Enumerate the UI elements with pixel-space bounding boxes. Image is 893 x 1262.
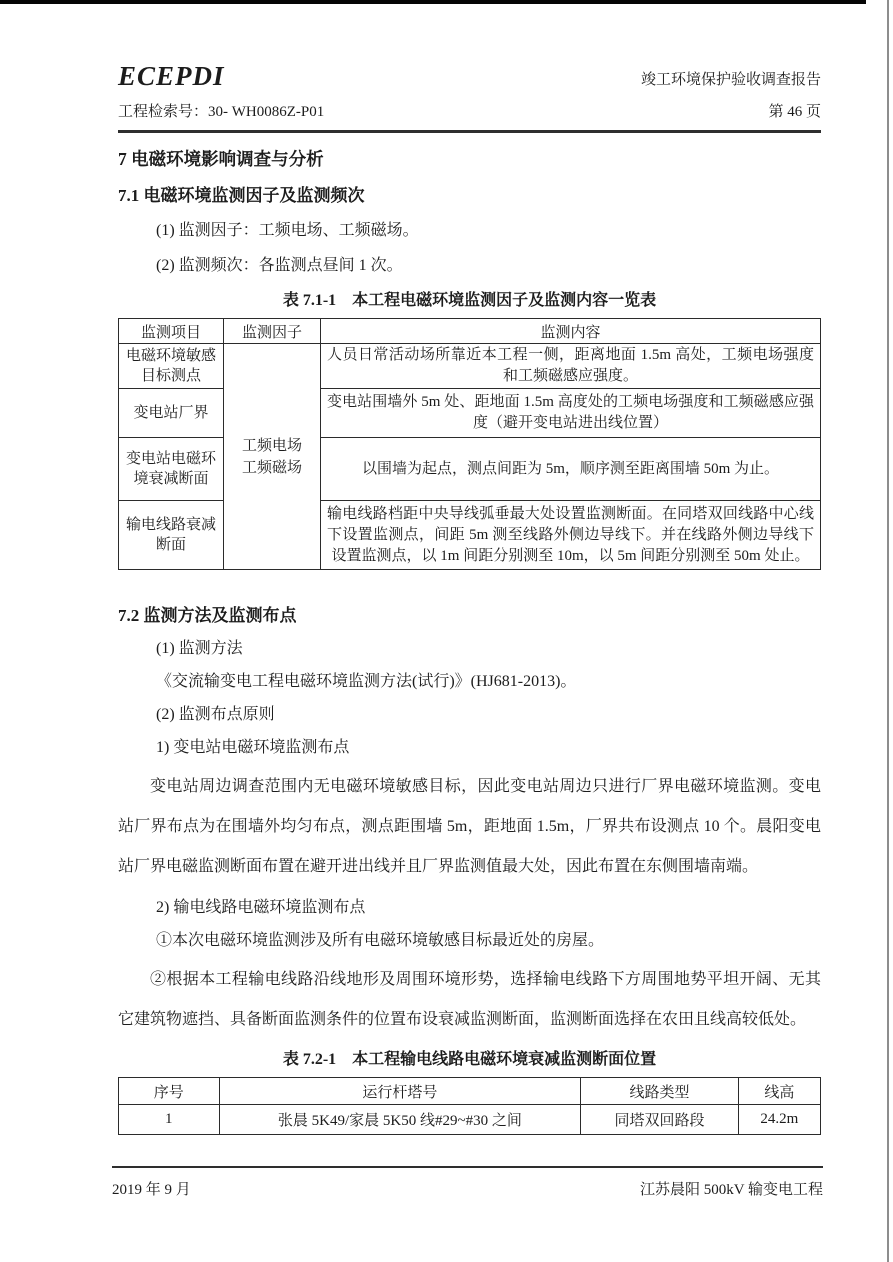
scan-edge-right bbox=[887, 0, 889, 1262]
page-footer: 2019 年 9 月 江苏晨阳 500kV 输变电工程 bbox=[112, 1166, 823, 1200]
paragraph-line-layout: ②根据本工程输电线路沿线地形及周围环境形势，选择输电线路下方周围地势平坦开阔、无… bbox=[118, 960, 821, 1040]
sub-item-line: 2) 输电线路电磁环境监测布点 bbox=[118, 896, 821, 920]
page-header: ECEPDI 竣工环境保护验收调查报告 bbox=[118, 62, 821, 90]
section-7-2-heading: 7.2 监测方法及监测布点 bbox=[118, 604, 821, 628]
circled-item-1: ①本次电磁环境监测涉及所有电磁环境敏感目标最近处的房屋。 bbox=[118, 929, 821, 953]
footer-project-name: 江苏晨阳 500kV 输变电工程 bbox=[640, 1180, 823, 1200]
cell-content: 输电线路档距中央导线弧垂最大处设置监测断面。在同塔双回线路中心线下设置监测点，间… bbox=[321, 501, 821, 570]
table-header-row: 监测项目 监测因子 监测内容 bbox=[119, 319, 821, 344]
table-7-1-1-caption: 表 7.1-1 本工程电磁环境监测因子及监测内容一览表 bbox=[118, 289, 821, 313]
section-7-1-item-1: (1) 监测因子：工频电场、工频磁场。 bbox=[118, 219, 821, 243]
cell-line-type: 同塔双回路段 bbox=[581, 1105, 738, 1135]
section-7-2-item-1: (1) 监测方法 bbox=[118, 637, 821, 661]
page-content: ECEPDI 竣工环境保护验收调查报告 工程检索号：30- WH0086Z-P0… bbox=[0, 0, 893, 1135]
standard-reference: 《交流输变电工程电磁环境监测方法(试行)》(HJ681-2013)。 bbox=[118, 670, 821, 694]
table-header-row: 序号 运行杆塔号 线路类型 线高 bbox=[119, 1078, 821, 1105]
document-type: 竣工环境保护验收调查报告 bbox=[641, 70, 821, 90]
section-7-1-heading: 7.1 电磁环境监测因子及监测频次 bbox=[118, 184, 821, 208]
section-7-2: 7.2 监测方法及监测布点 (1) 监测方法 《交流输变电工程电磁环境监测方法(… bbox=[118, 604, 821, 1040]
cell-item: 变电站电磁环境衰减断面 bbox=[119, 438, 224, 501]
col-header-item: 监测项目 bbox=[119, 319, 224, 344]
cell-content: 变电站围墙外 5m 处、距地面 1.5m 高度处的工频电场强度和工频磁感应强度（… bbox=[321, 389, 821, 438]
table-7-1-1: 监测项目 监测因子 监测内容 电磁环境敏感目标测点 工频电场 工频磁场 人员日常… bbox=[118, 318, 821, 570]
footer-rule bbox=[112, 1166, 823, 1168]
page-header-meta: 工程检索号：30- WH0086Z-P01 第 46 页 bbox=[118, 102, 821, 122]
section-7-2-item-2: (2) 监测布点原则 bbox=[118, 703, 821, 727]
table-7-2-1-caption: 表 7.2-1 本工程输电线路电磁环境衰减监测断面位置 bbox=[118, 1048, 821, 1072]
page-number: 第 46 页 bbox=[768, 102, 821, 122]
col-header-line-height: 线高 bbox=[738, 1078, 820, 1105]
cell-item: 输电线路衰减断面 bbox=[119, 501, 224, 570]
col-header-content: 监测内容 bbox=[321, 319, 821, 344]
col-header-tower: 运行杆塔号 bbox=[219, 1078, 581, 1105]
cell-content: 人员日常活动场所靠近本工程一侧，距离地面 1.5m 高处，工频电场强度和工频磁感… bbox=[321, 344, 821, 389]
scan-edge-top bbox=[0, 0, 866, 4]
cell-tower: 张晨 5K49/家晨 5K50 线#29~#30 之间 bbox=[219, 1105, 581, 1135]
chapter-heading: 7 电磁环境影响调查与分析 bbox=[118, 147, 821, 171]
col-header-no: 序号 bbox=[119, 1078, 220, 1105]
table-7-2-1: 序号 运行杆塔号 线路类型 线高 1 张晨 5K49/家晨 5K50 线#29~… bbox=[118, 1077, 821, 1135]
col-header-factor: 监测因子 bbox=[224, 319, 321, 344]
table-row: 1 张晨 5K49/家晨 5K50 线#29~#30 之间 同塔双回路段 24.… bbox=[119, 1105, 821, 1135]
cell-no: 1 bbox=[119, 1105, 220, 1135]
cell-content: 以围墙为起点，测点间距为 5m，顺序测至距离围墙 50m 为止。 bbox=[321, 438, 821, 501]
document-index-number: 工程检索号：30- WH0086Z-P01 bbox=[118, 102, 324, 122]
paragraph-substation-layout: 变电站周边调查范围内无电磁环境敏感目标，因此变电站周边只进行厂界电磁环境监测。变… bbox=[118, 767, 821, 887]
header-rule bbox=[118, 130, 821, 133]
cell-factor-merged: 工频电场 工频磁场 bbox=[224, 344, 321, 570]
sub-item-substation: 1) 变电站电磁环境监测布点 bbox=[118, 736, 821, 760]
table-row: 电磁环境敏感目标测点 工频电场 工频磁场 人员日常活动场所靠近本工程一侧，距离地… bbox=[119, 344, 821, 389]
cell-item: 变电站厂界 bbox=[119, 389, 224, 438]
cell-item: 电磁环境敏感目标测点 bbox=[119, 344, 224, 389]
report-page: ECEPDI 竣工环境保护验收调查报告 工程检索号：30- WH0086Z-P0… bbox=[0, 0, 893, 1262]
cell-line-height: 24.2m bbox=[738, 1105, 820, 1135]
footer-date: 2019 年 9 月 bbox=[112, 1180, 191, 1200]
section-7-1-item-2: (2) 监测频次：各监测点昼间 1 次。 bbox=[118, 254, 821, 278]
company-logo: ECEPDI bbox=[118, 62, 225, 90]
col-header-line-type: 线路类型 bbox=[581, 1078, 738, 1105]
